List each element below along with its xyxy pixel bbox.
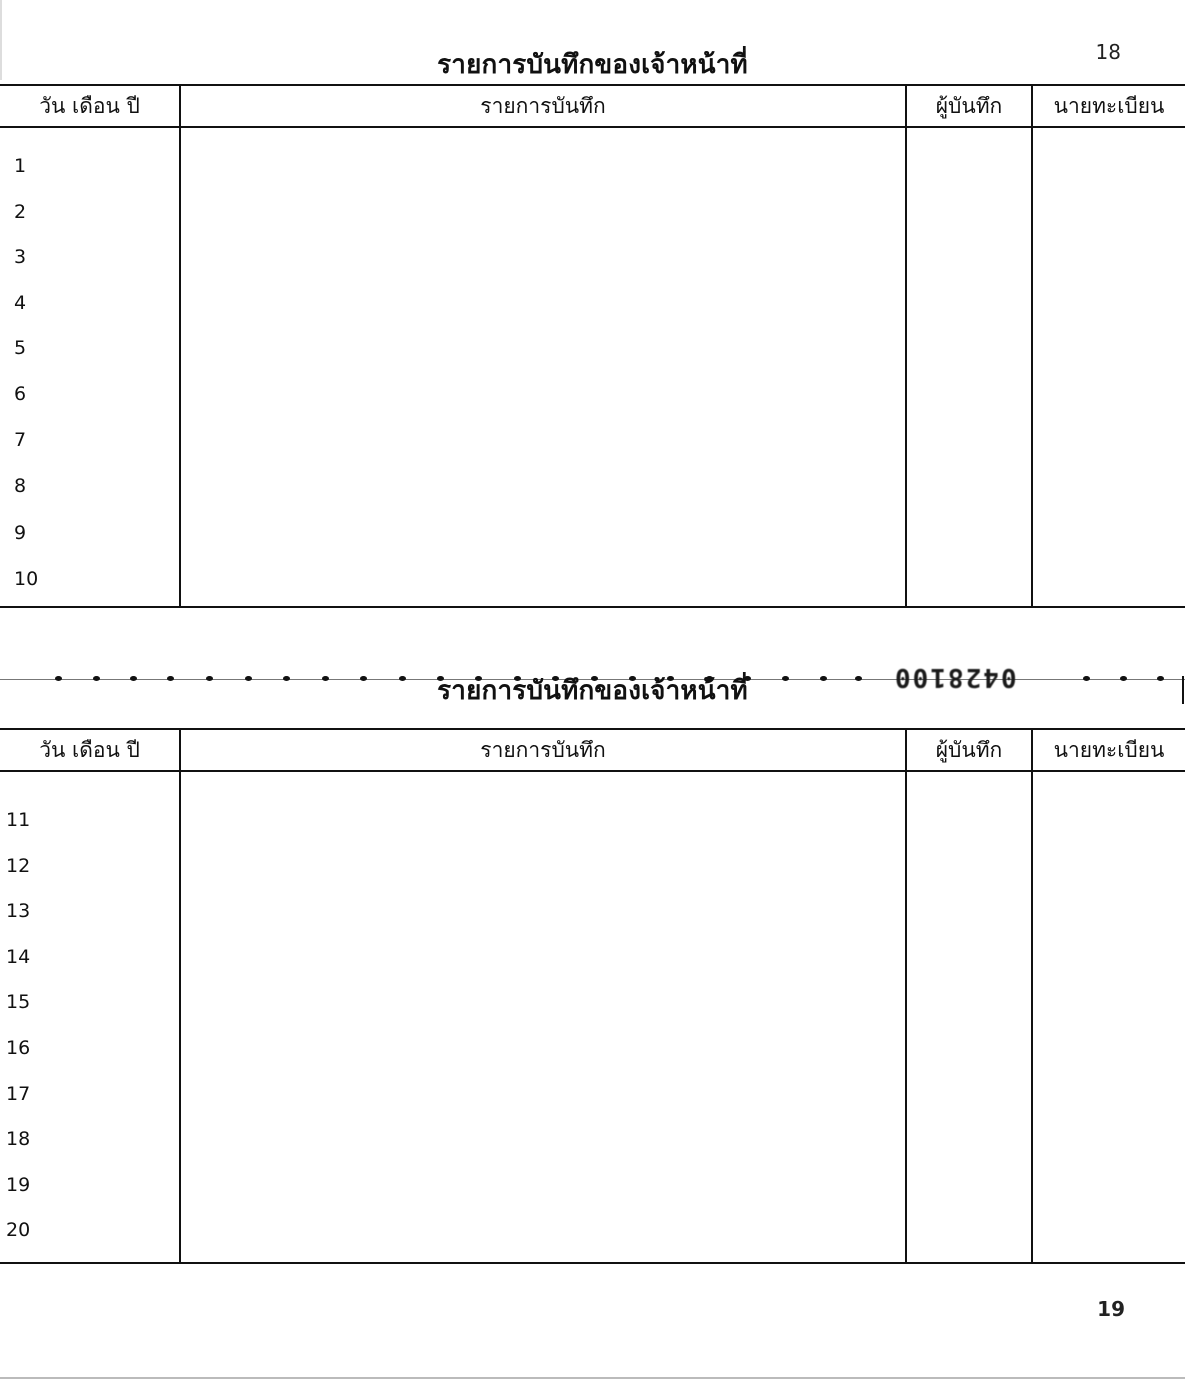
- table-header-row: วัน เดือน ปี รายการบันทึก ผู้บันทึก นายท…: [0, 85, 1185, 127]
- column-header-entry: รายการบันทึก: [180, 85, 906, 127]
- row-number: 18: [6, 1117, 179, 1163]
- page-number: 19: [1097, 1297, 1125, 1321]
- column-header-date: วัน เดือน ปี: [0, 85, 180, 127]
- row-number: 11: [6, 798, 179, 844]
- row-number: 13: [6, 889, 179, 935]
- officer-record-table: วัน เดือน ปี รายการบันทึก ผู้บันทึก นายท…: [0, 728, 1185, 1264]
- row-number: 9: [14, 511, 179, 558]
- row-number: 17: [6, 1072, 179, 1118]
- record-page-19: รายการบันทึกของเจ้าหน้าที่ วัน เดือน ปี …: [0, 640, 1185, 1380]
- table-body-row: 1 2 3 4 5 6 7 8 9 10: [0, 127, 1185, 607]
- row-number: 14: [6, 935, 179, 981]
- column-header-date: วัน เดือน ปี: [0, 729, 180, 771]
- row-number: 12: [6, 844, 179, 890]
- row-number: 4: [14, 281, 179, 327]
- entry-cell[interactable]: [180, 127, 906, 607]
- column-header-entry: รายการบันทึก: [180, 729, 906, 771]
- row-number: 20: [6, 1208, 179, 1254]
- recorder-cell[interactable]: [906, 127, 1032, 607]
- row-number-list: 11 12 13 14 15 16 17 18 19 20: [0, 772, 179, 1262]
- row-number: 7: [14, 418, 179, 465]
- entry-cell[interactable]: [180, 771, 906, 1263]
- row-number: 6: [14, 372, 179, 418]
- row-number: 16: [6, 1026, 179, 1072]
- row-number: 10: [14, 557, 179, 604]
- date-cell[interactable]: 11 12 13 14 15 16 17 18 19 20: [0, 771, 180, 1263]
- officer-record-table: วัน เดือน ปี รายการบันทึก ผู้บันทึก นายท…: [0, 84, 1185, 608]
- column-header-registrar: นายทะเบียน: [1032, 85, 1185, 127]
- registrar-cell[interactable]: [1032, 127, 1185, 607]
- form-title: รายการบันทึกของเจ้าหน้าที่: [0, 670, 1185, 711]
- row-number: 1: [14, 144, 179, 190]
- table-header-row: วัน เดือน ปี รายการบันทึก ผู้บันทึก นายท…: [0, 729, 1185, 771]
- row-number: 5: [14, 326, 179, 372]
- row-number: 15: [6, 980, 179, 1026]
- table-body-row: 11 12 13 14 15 16 17 18 19 20: [0, 771, 1185, 1263]
- date-cell[interactable]: 1 2 3 4 5 6 7 8 9 10: [0, 127, 180, 607]
- scan-bottom-edge: [0, 1377, 1185, 1379]
- recorder-cell[interactable]: [906, 771, 1032, 1263]
- column-header-recorder: ผู้บันทึก: [906, 85, 1032, 127]
- row-number-list: 1 2 3 4 5 6 7 8 9 10: [0, 128, 179, 606]
- record-page-18: 18 รายการบันทึกของเจ้าหน้าที่ วัน เดือน …: [0, 0, 1185, 612]
- row-number: 3: [14, 235, 179, 281]
- column-header-recorder: ผู้บันทึก: [906, 729, 1032, 771]
- row-number: 19: [6, 1163, 179, 1209]
- column-header-registrar: นายทะเบียน: [1032, 729, 1185, 771]
- row-number: 8: [14, 464, 179, 511]
- registrar-cell[interactable]: [1032, 771, 1185, 1263]
- form-title: รายการบันทึกของเจ้าหน้าที่: [0, 44, 1185, 85]
- row-number: 2: [14, 190, 179, 236]
